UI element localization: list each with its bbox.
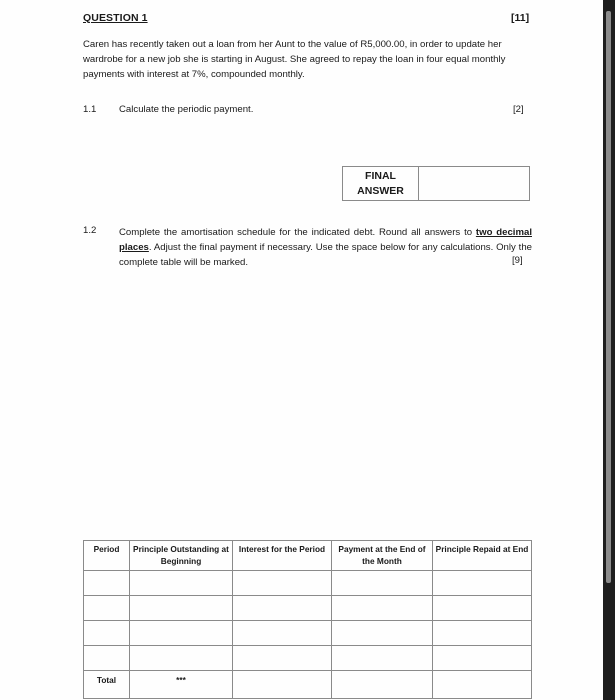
header-payment: Payment at the End of the Month: [332, 541, 433, 571]
scrollbar-thumb[interactable]: [606, 11, 611, 583]
q1-2-text-part1: Complete the amortisation schedule for t…: [119, 227, 476, 238]
q1-2-bold-places: places: [119, 242, 149, 253]
total-label: Total: [84, 671, 130, 699]
q1-2-text-part2: . Adjust the final payment if necessary.…: [119, 242, 532, 268]
header-period: Period: [84, 541, 130, 571]
cell-principle-repaid[interactable]: [433, 621, 532, 646]
table-header-row: Period Principle Outstanding at Beginnin…: [84, 541, 532, 571]
table-row: [84, 621, 532, 646]
cell-interest[interactable]: [233, 621, 332, 646]
cell-principle-repaid[interactable]: [433, 571, 532, 596]
document-page: QUESTION 1 [11] Caren has recently taken…: [0, 0, 603, 700]
header-interest: Interest for the Period: [233, 541, 332, 571]
final-answer-box: FINAL ANSWER: [342, 166, 530, 201]
cell-period[interactable]: [84, 646, 130, 671]
cell-principle-outstanding[interactable]: [130, 596, 233, 621]
q1-1-number: 1.1: [83, 104, 96, 115]
cell-payment[interactable]: [332, 571, 433, 596]
header-principle-repaid: Principle Repaid at End: [433, 541, 532, 571]
q1-1-marks: [2]: [513, 104, 524, 115]
cell-principle-outstanding[interactable]: [130, 621, 233, 646]
final-answer-label-line1: FINAL: [343, 169, 418, 184]
q1-2-number: 1.2: [83, 225, 96, 236]
question-intro: Caren has recently taken out a loan from…: [83, 37, 538, 82]
table-row: [84, 571, 532, 596]
q1-2-bold-two-decimal: two decimal: [476, 227, 532, 238]
q1-2-marks: [9]: [512, 255, 523, 266]
final-answer-label-line2: ANSWER: [343, 184, 418, 199]
cell-payment[interactable]: [332, 596, 433, 621]
total-payment[interactable]: [332, 671, 433, 699]
q1-1-text: Calculate the periodic payment.: [119, 104, 253, 115]
q1-2-text: Complete the amortisation schedule for t…: [119, 225, 532, 270]
cell-period[interactable]: [84, 596, 130, 621]
cell-principle-repaid[interactable]: [433, 596, 532, 621]
cell-interest[interactable]: [233, 646, 332, 671]
total-interest[interactable]: [233, 671, 332, 699]
cell-period[interactable]: [84, 571, 130, 596]
question-title: QUESTION 1: [83, 12, 148, 24]
cell-payment[interactable]: [332, 646, 433, 671]
amortisation-table: Period Principle Outstanding at Beginnin…: [83, 540, 532, 699]
table-row: [84, 646, 532, 671]
cell-payment[interactable]: [332, 621, 433, 646]
total-principle-outstanding: ***: [130, 671, 233, 699]
cell-principle-outstanding[interactable]: [130, 646, 233, 671]
cell-principle-repaid[interactable]: [433, 646, 532, 671]
final-answer-value[interactable]: [419, 167, 529, 200]
cell-principle-outstanding[interactable]: [130, 571, 233, 596]
table-row: [84, 596, 532, 621]
final-answer-label: FINAL ANSWER: [343, 167, 419, 200]
cell-interest[interactable]: [233, 571, 332, 596]
question-total-marks: [11]: [511, 12, 529, 24]
header-principle-outstanding: Principle Outstanding at Beginning: [130, 541, 233, 571]
cell-interest[interactable]: [233, 596, 332, 621]
cell-period[interactable]: [84, 621, 130, 646]
table-total-row: Total ***: [84, 671, 532, 699]
total-principle-repaid[interactable]: [433, 671, 532, 699]
